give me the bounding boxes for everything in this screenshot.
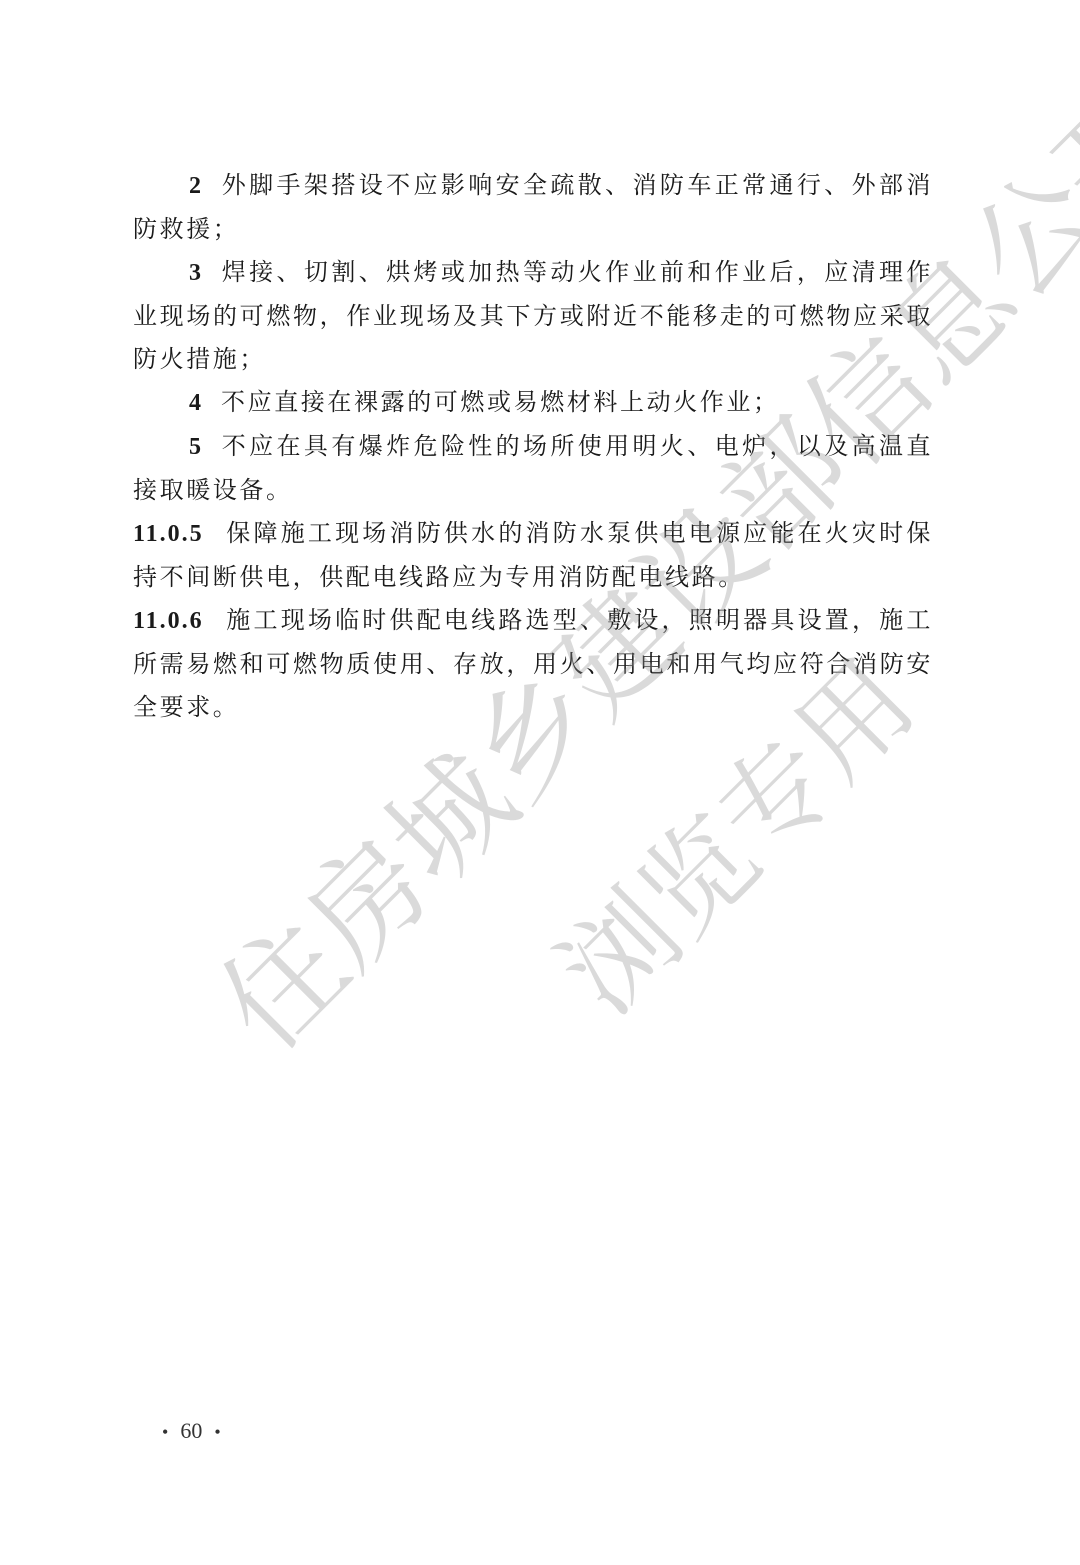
bullet-icon: • bbox=[162, 1422, 168, 1442]
item-number: 3 bbox=[189, 260, 201, 286]
item-text: 不应在具有爆炸危险性的场所使用明火、电炉，以及高温直接取暖设备。 bbox=[133, 432, 933, 504]
item-text: 焊接、切割、烘烤或加热等动火作业前和作业后，应清理作业现场的可燃物，作业现场及其… bbox=[133, 258, 933, 373]
clause-text: 保障施工现场消防供水的消防水泵供电电源应能在火灾时保持不间断供电，供配电线路应为… bbox=[133, 519, 933, 591]
clause-text: 施工现场临时供配电线路选型、敷设，照明器具设置，施工所需易燃和可燃物质使用、存放… bbox=[133, 606, 933, 721]
clause-11-0-5: 11.0.5保障施工现场消防供水的消防水泵供电电源应能在火灾时保持不间断供电，供… bbox=[133, 512, 933, 599]
list-item-2: 2外脚手架搭设不应影响安全疏散、消防车正常通行、外部消防救援； bbox=[133, 164, 933, 251]
bullet-icon: • bbox=[214, 1422, 220, 1442]
clause-number: 11.0.6 bbox=[133, 608, 204, 634]
item-number: 4 bbox=[189, 390, 201, 416]
item-text: 不应直接在裸露的可燃或易燃材料上动火作业； bbox=[221, 388, 780, 416]
clause-11-0-6: 11.0.6施工现场临时供配电线路选型、敷设，照明器具设置，施工所需易燃和可燃物… bbox=[133, 599, 933, 729]
clause-number: 11.0.5 bbox=[133, 521, 204, 547]
document-page: 2外脚手架搭设不应影响安全疏散、消防车正常通行、外部消防救援； 3焊接、切割、烘… bbox=[0, 0, 1080, 1565]
item-number: 2 bbox=[189, 173, 201, 199]
list-item-3: 3焊接、切割、烘烤或加热等动火作业前和作业后，应清理作业现场的可燃物，作业现场及… bbox=[133, 251, 933, 381]
page-number: 60 bbox=[180, 1418, 202, 1443]
item-text: 外脚手架搭设不应影响安全疏散、消防车正常通行、外部消防救援； bbox=[133, 171, 933, 243]
page-content: 2外脚手架搭设不应影响安全疏散、消防车正常通行、外部消防救援； 3焊接、切割、烘… bbox=[133, 164, 933, 729]
item-number: 5 bbox=[189, 434, 201, 460]
page-footer: •60• bbox=[150, 1418, 233, 1444]
list-item-5: 5不应在具有爆炸危险性的场所使用明火、电炉，以及高温直接取暖设备。 bbox=[133, 425, 933, 512]
list-item-4: 4不应直接在裸露的可燃或易燃材料上动火作业； bbox=[133, 381, 933, 425]
